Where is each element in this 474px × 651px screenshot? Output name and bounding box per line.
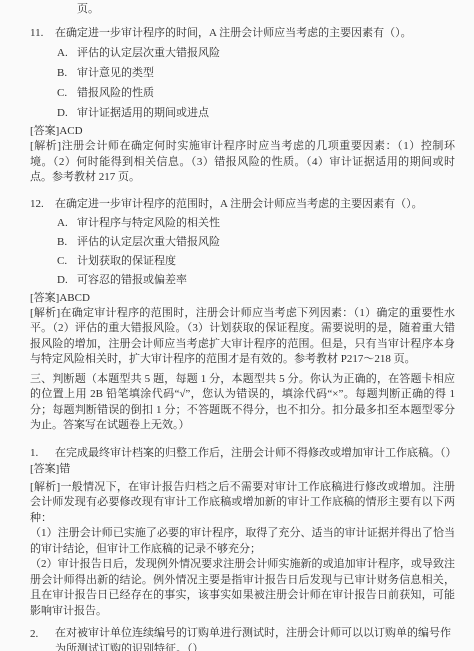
- option-label: A.: [57, 45, 77, 61]
- analysis-text: 在确定审计程序的范围时，注册会计师应当考虑下列因素：（1）确定的重要性水平。（2…: [30, 307, 455, 366]
- question-stem: 在确定进一步审计程序的时间，A 注册会计师应当考虑的主要因素有（）。: [55, 25, 455, 41]
- section-3-header: 三、判断题（本题型共 5 题，每题 1 分，本题型共 5 分。你认为正确的，在答…: [30, 372, 455, 434]
- question-11: 11. 在确定进一步审计程序的时间，A 注册会计师应当考虑的主要因素有（）。 A…: [30, 25, 455, 186]
- tf-question-1-analysis-para-1: [解析]一般情况下，在审计报告归档之后不需要对审计工作底稿进行修改或增加。注册会…: [30, 480, 455, 527]
- question-12-analysis: [解析]在确定审计程序的范围时，注册会计师应当考虑下列因素：（1）确定的重要性水…: [30, 306, 455, 368]
- question-number: 2.: [30, 626, 55, 651]
- option-text: 评估的认定层次重大错报风险: [77, 45, 220, 61]
- exam-page: 页。 11. 在确定进一步审计程序的时间，A 注册会计师应当考虑的主要因素有（）…: [0, 0, 474, 651]
- question-11-analysis: [解析]注册会计师在确定何时实施审计程序时应当考虑的几项重要因素：（1）控制环境…: [30, 139, 455, 186]
- question-12: 12. 在确定进一步审计程序的范围时，A 注册会计师应当考虑的主要因素有（）。 …: [30, 196, 455, 368]
- question-11-option-d: D. 审计证据适用的期间或进点: [57, 105, 455, 121]
- tf-question-1-analysis-para-2: （1）注册会计师已实施了必要的审计程序，取得了充分、适当的审计证据并得出了恰当的…: [30, 526, 455, 557]
- analysis-label: [解析]: [30, 307, 60, 319]
- question-stem: 在确定进一步审计程序的范围时，A 注册会计师应当考虑的主要因素有（）。: [55, 196, 455, 212]
- answer-label: [答案]: [30, 463, 59, 475]
- analysis-label: [解析]: [30, 140, 61, 152]
- answer-value: 错: [59, 463, 70, 475]
- question-11-option-c: C. 错报风险的性质: [57, 85, 455, 101]
- answer-value: ACD: [59, 125, 82, 137]
- question-11-answer-line: [答案]ACD: [30, 123, 455, 139]
- question-number: 11.: [30, 25, 55, 41]
- question-12-option-d: D. 可容忍的错报或偏差率: [57, 272, 455, 288]
- question-12-option-a: A. 审计程序与特定风险的相关性: [57, 215, 455, 231]
- question-11-option-b: B. 审计意见的类型: [57, 65, 455, 81]
- tf-question-1-stem-row: 1. 在完成最终审计档案的归整工作后，注册会计师不得修改或增加审计工作底稿。（）: [30, 445, 455, 461]
- answer-label: [答案]: [30, 125, 59, 137]
- tf-question-1: 1. 在完成最终审计档案的归整工作后，注册会计师不得修改或增加审计工作底稿。（）…: [30, 445, 455, 620]
- question-12-option-c: C. 计划获取的保证程度: [57, 253, 455, 269]
- question-number: 12.: [30, 196, 55, 212]
- question-number: 1.: [30, 445, 55, 461]
- question-stem: 在对被审计单位连续编号的订购单进行测试时，注册会计师可以以订购单的编号作为所测试…: [55, 626, 455, 651]
- option-text: 计划获取的保证程度: [77, 253, 176, 269]
- question-12-option-b: B. 评估的认定层次重大错报风险: [57, 234, 455, 250]
- question-12-answer-line: [答案]ABCD: [30, 290, 455, 306]
- option-label: A.: [57, 215, 77, 231]
- option-text: 可容忍的错报或偏差率: [77, 272, 187, 288]
- option-label: B.: [57, 65, 77, 81]
- option-label: B.: [57, 234, 77, 250]
- option-label: D.: [57, 105, 77, 121]
- tf-question-1-analysis-para-3: （2）审计报告日后，发现例外情况要求注册会计师实施新的或追加审计程序，或导致注册…: [30, 557, 455, 619]
- option-label: D.: [57, 272, 77, 288]
- question-11-stem-row: 11. 在确定进一步审计程序的时间，A 注册会计师应当考虑的主要因素有（）。: [30, 25, 455, 41]
- answer-label: [答案]: [30, 292, 59, 304]
- option-label: C.: [57, 85, 77, 101]
- page-continuation-text: 页。: [77, 1, 455, 17]
- question-stem: 在完成最终审计档案的归整工作后，注册会计师不得修改或增加审计工作底稿。（）: [55, 445, 455, 461]
- question-11-option-a: A. 评估的认定层次重大错报风险: [57, 45, 455, 61]
- tf-question-1-answer-line: [答案]错: [30, 461, 455, 477]
- option-text: 错报风险的性质: [77, 85, 154, 101]
- analysis-text: 一般情况下，在审计报告归档之后不需要对审计工作底稿进行修改或增加。注册会计师发现…: [30, 481, 455, 524]
- option-text: 审计证据适用的期间或进点: [77, 105, 209, 121]
- option-text: 评估的认定层次重大错报风险: [77, 234, 220, 250]
- option-label: C.: [57, 253, 77, 269]
- option-text: 审计程序与特定风险的相关性: [77, 215, 220, 231]
- analysis-label: [解析]: [30, 481, 60, 493]
- analysis-text: 注册会计师在确定何时实施审计程序时应当考虑的几项重要因素：（1）控制环境。（2）…: [30, 140, 455, 183]
- option-text: 审计意见的类型: [77, 65, 154, 81]
- tf-question-2-stem-row: 2. 在对被审计单位连续编号的订购单进行测试时，注册会计师可以以订购单的编号作为…: [30, 626, 455, 651]
- answer-value: ABCD: [59, 292, 90, 304]
- question-12-stem-row: 12. 在确定进一步审计程序的范围时，A 注册会计师应当考虑的主要因素有（）。: [30, 196, 455, 212]
